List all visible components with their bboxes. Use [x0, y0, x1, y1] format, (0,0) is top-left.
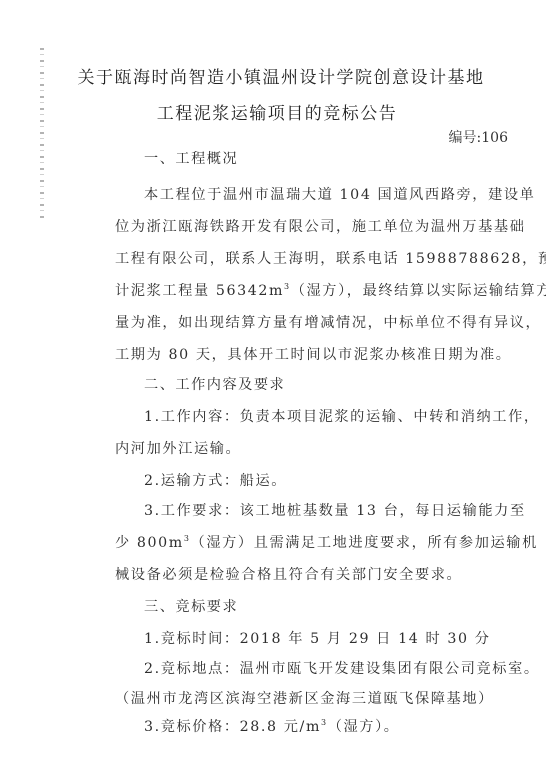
list-item-work-content: 1.工作内容：负责本项目泥浆的运输、中转和消纳工作， — [144, 406, 540, 426]
unit-superscript: 3 — [184, 534, 191, 543]
document-title-line-1: 关于瓯海时尚智造小镇温州设计学院创意设计基地 — [8, 63, 546, 88]
bid-price-text-rest: （湿方）。 — [328, 719, 400, 735]
list-item-bid-location-address: （温州市龙湾区滨海空港新区金海三道瓯飞保障基地） — [115, 688, 494, 708]
unit-superscript: 3 — [321, 718, 328, 727]
bid-price-text: 3.竞标价格：28.8 元/m — [144, 719, 321, 735]
paragraph-line: 量为准，如出现结算方量有增减情况，中标单位不得有异议， — [115, 312, 541, 332]
section-heading-work-content: 二、工作内容及要求 — [144, 374, 285, 394]
paragraph-line: 本工程位于温州市温瑞大道 104 国道风西路旁，建设单 — [144, 184, 535, 204]
document-number: 编号:106 — [449, 127, 508, 147]
unit-superscript: 3 — [284, 282, 291, 291]
list-item-bid-location: 2.竞标地点：温州市瓯飞开发建设集团有限公司竞标室。 — [144, 658, 540, 678]
paragraph-line: 计泥浆工程量 56342m3（湿方），最终结算以实际运输结算方 — [115, 280, 546, 300]
list-item-bid-time: 1.竞标时间：2018 年 5 月 29 日 14 时 30 分 — [144, 628, 491, 648]
document-title-line-2: 工程泥浆运输项目的竞标公告 — [4, 99, 546, 124]
list-item-work-content-cont: 内河加外江运输。 — [115, 438, 241, 458]
paragraph-line: 工期为 80 天，具体开工时间以市泥浆办核准日期为准。 — [115, 344, 512, 364]
list-item-bid-price: 3.竞标价格：28.8 元/m3（湿方）。 — [144, 716, 400, 736]
list-item-work-requirements-cont: 械设备必须是检验合格且符合有关部门安全要求。 — [115, 564, 462, 584]
volume-text-rest: （湿方），最终结算以实际运输结算方 — [291, 283, 546, 299]
list-item-work-requirements-cont: 少 800m3（湿方）且需满足工地进度要求，所有参加运输机 — [115, 532, 538, 552]
capacity-text: 少 800m — [115, 535, 184, 551]
list-item-transport-mode: 2.运输方式：船运。 — [144, 470, 287, 490]
capacity-text-rest: （湿方）且需满足工地进度要求，所有参加运输机 — [191, 535, 538, 551]
list-item-work-requirements: 3.工作要求：该工地桩基数量 13 台，每日运输能力至 — [144, 500, 526, 520]
section-heading-overview: 一、工程概况 — [144, 148, 238, 168]
section-heading-bid-requirements: 三、竞标要求 — [144, 596, 238, 616]
paragraph-line: 位为浙江瓯海铁路开发有限公司，施工单位为温州万基基础 — [115, 216, 525, 236]
paragraph-line: 工程有限公司，联系人王海明，联系电话 15988788628，预 — [115, 248, 546, 268]
volume-text: 计泥浆工程量 56342m — [115, 283, 284, 299]
